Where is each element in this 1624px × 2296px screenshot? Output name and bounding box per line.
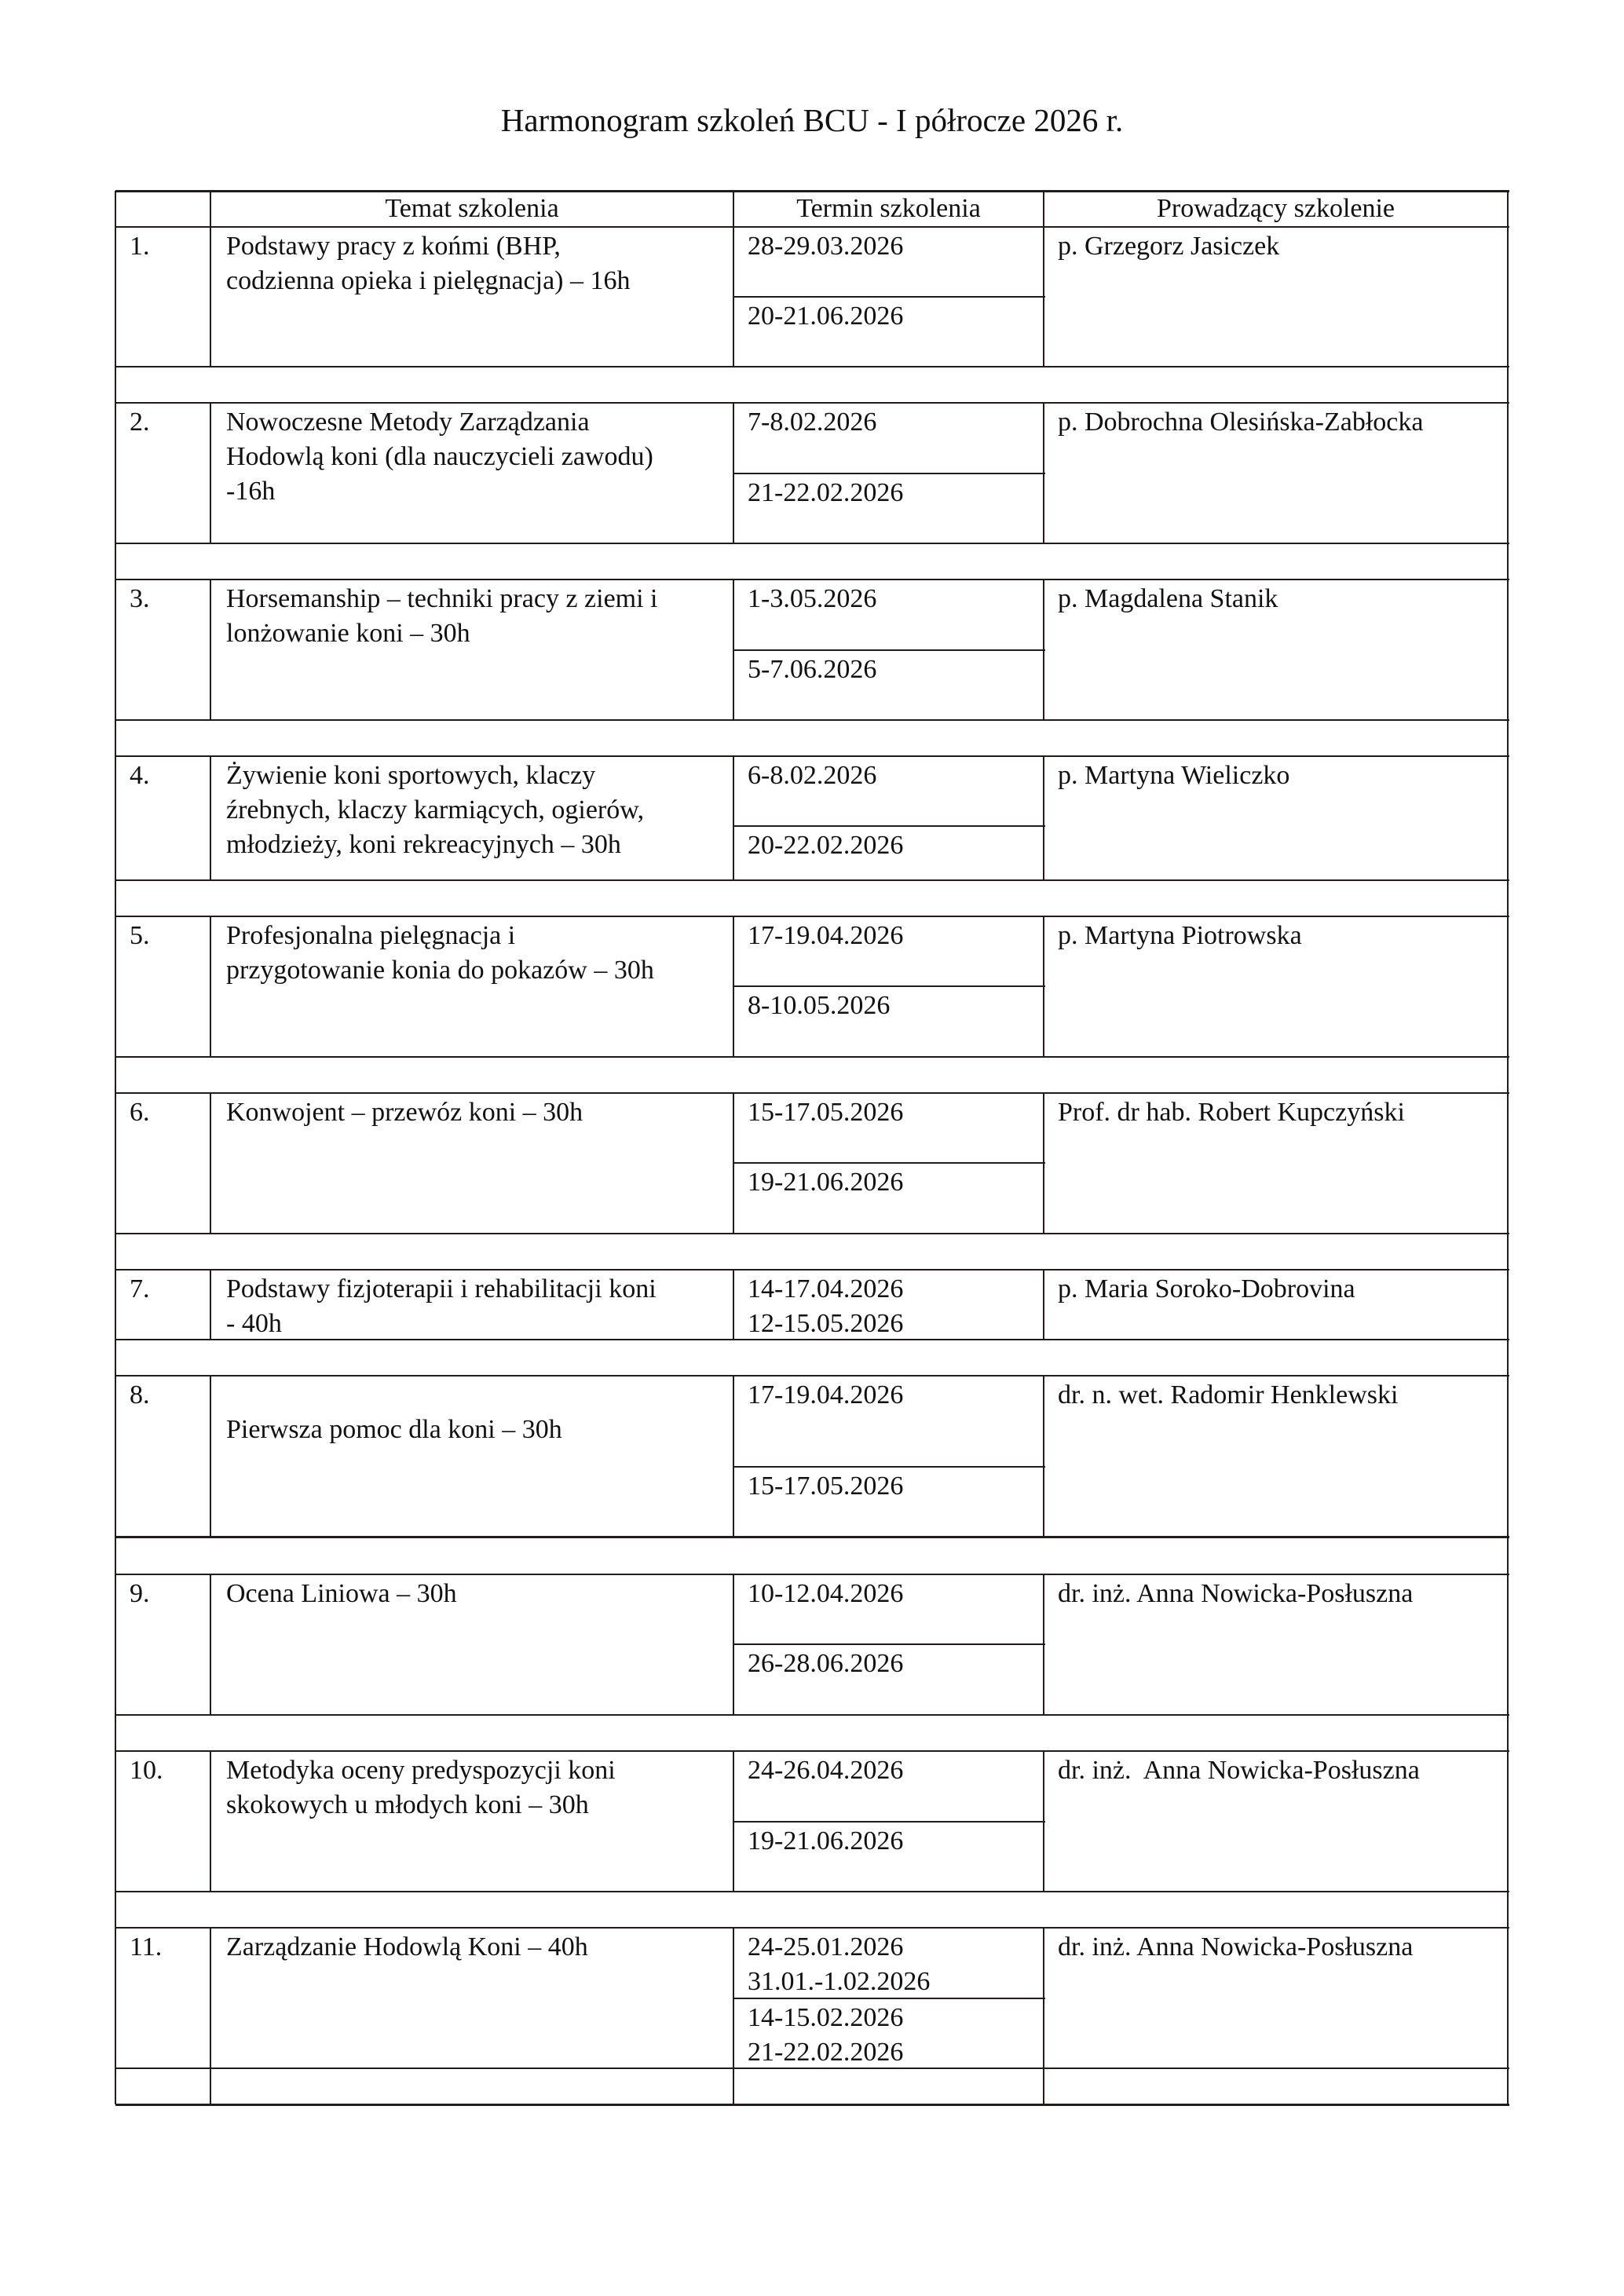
table-rule xyxy=(1507,880,1509,916)
table-rule xyxy=(210,403,211,543)
table-rule xyxy=(210,191,211,227)
table-rule xyxy=(115,403,116,543)
table-rule xyxy=(115,916,1509,917)
table-rule xyxy=(733,756,734,880)
table-rule xyxy=(733,1821,1045,1823)
row-number: 11. xyxy=(130,1930,162,1965)
training-date: 7-8.02.2026 xyxy=(748,405,876,440)
topic-text: Ocena Liniowa – 30h xyxy=(226,1577,457,1611)
table-rule xyxy=(1507,1376,1509,1537)
topic-text: Metodyka oceny predyspozycji koni xyxy=(226,1753,616,1788)
training-date: 15-17.05.2026 xyxy=(748,1095,903,1130)
table-rule xyxy=(115,879,1509,881)
topic-text: Profesjonalna pielęgnacja i xyxy=(226,919,515,953)
document-title: Harmonogram szkoleń BCU - I półrocze 202… xyxy=(0,101,1624,140)
header-trainer: Prowadzący szkolenie xyxy=(1044,192,1508,226)
table-rule xyxy=(115,191,116,227)
trainer-name: p. Maria Soroko-Dobrovina xyxy=(1058,1272,1355,1307)
training-date: 17-19.04.2026 xyxy=(748,1378,903,1413)
training-date: 31.01.-1.02.2026 xyxy=(748,1965,930,1999)
table-rule xyxy=(115,227,116,367)
table-rule xyxy=(115,1927,1509,1929)
training-date: 24-26.04.2026 xyxy=(748,1753,903,1788)
table-rule xyxy=(115,880,116,916)
table-rule xyxy=(115,1092,1509,1094)
table-rule xyxy=(210,1928,211,2068)
table-rule xyxy=(1043,1270,1044,1340)
training-date: 20-21.06.2026 xyxy=(748,299,903,334)
row-number: 1. xyxy=(130,229,150,264)
training-date: 17-19.04.2026 xyxy=(748,919,903,953)
training-date: 1-3.05.2026 xyxy=(748,582,876,616)
topic-text: przygotowanie konia do pokazów – 30h xyxy=(226,953,654,988)
trainer-name: p. Martyna Piotrowska xyxy=(1058,919,1302,953)
table-rule xyxy=(1043,756,1044,880)
table-rule xyxy=(210,916,211,1057)
table-rule xyxy=(1507,1537,1509,1574)
table-rule xyxy=(210,1270,211,1340)
table-rule xyxy=(115,2104,1509,2106)
table-rule xyxy=(1507,756,1509,880)
table-rule xyxy=(210,756,211,880)
table-rule xyxy=(733,1466,1045,1468)
topic-text: lonżowanie koni – 30h xyxy=(226,616,470,651)
row-number: 9. xyxy=(130,1577,150,1611)
row-number: 7. xyxy=(130,1272,150,1307)
table-rule xyxy=(115,719,1509,721)
trainer-name: p. Dobrochna Olesińska-Zabłocka xyxy=(1058,405,1423,440)
table-rule xyxy=(1507,1574,1509,1715)
table-rule xyxy=(115,720,116,756)
table-rule xyxy=(115,1270,116,1340)
table-rule xyxy=(1507,579,1509,720)
table-rule xyxy=(1507,916,1509,1057)
table-rule xyxy=(1507,2068,1509,2104)
table-rule xyxy=(210,1376,211,1537)
header-dates: Termin szkolenia xyxy=(733,192,1044,226)
table-rule xyxy=(115,190,1509,192)
table-rule xyxy=(1507,1057,1509,1093)
table-rule xyxy=(115,543,116,579)
table-rule xyxy=(115,1537,116,1574)
table-rule xyxy=(733,296,1045,298)
table-rule xyxy=(733,649,1045,651)
training-date: 28-29.03.2026 xyxy=(748,229,903,264)
table-rule xyxy=(733,985,1045,987)
row-number: 2. xyxy=(130,405,150,440)
table-rule xyxy=(115,402,1509,404)
table-rule xyxy=(733,1270,734,1340)
table-rule xyxy=(115,1056,1509,1058)
table-rule xyxy=(115,2068,116,2104)
table-rule xyxy=(210,1093,211,1234)
training-date: 5-7.06.2026 xyxy=(748,653,876,687)
topic-text: Pierwsza pomoc dla koni – 30h xyxy=(226,1413,562,1447)
table-rule xyxy=(1507,1928,1509,2068)
training-date: 14-15.02.2026 xyxy=(748,2001,903,2035)
table-rule xyxy=(1043,1376,1044,1537)
row-number: 3. xyxy=(130,582,150,616)
table-rule xyxy=(115,1928,116,2068)
topic-text: Zarządzanie Hodowlą Koni – 40h xyxy=(226,1930,588,1965)
topic-text: - 40h xyxy=(226,1307,282,1341)
table-rule xyxy=(115,916,116,1057)
table-rule xyxy=(115,1234,116,1270)
training-date: 20-22.02.2026 xyxy=(748,828,903,863)
training-date: 15-17.05.2026 xyxy=(748,1469,903,1504)
table-rule xyxy=(210,2068,211,2104)
training-date: 10-12.04.2026 xyxy=(748,1577,903,1611)
table-rule xyxy=(1507,403,1509,543)
table-rule xyxy=(115,1057,116,1093)
topic-text: Żywienie koni sportowych, klaczy xyxy=(226,759,595,793)
table-rule xyxy=(115,1715,116,1751)
table-rule xyxy=(1507,543,1509,579)
topic-text: Nowoczesne Metody Zarządzania xyxy=(226,405,590,440)
trainer-name: dr. inż. Anna Nowicka-Posłuszna xyxy=(1058,1577,1413,1611)
training-date: 8-10.05.2026 xyxy=(748,989,890,1023)
table-rule xyxy=(115,1892,116,1928)
table-rule xyxy=(115,756,116,880)
table-rule xyxy=(115,579,1509,580)
topic-text: Konwojent – przewóz koni – 30h xyxy=(226,1095,583,1130)
table-rule xyxy=(115,1093,116,1234)
topic-text: Hodowlą koni (dla nauczycieli zawodu) xyxy=(226,440,653,474)
table-rule xyxy=(1507,1270,1509,1340)
table-rule xyxy=(210,579,211,720)
training-date: 19-21.06.2026 xyxy=(748,1165,903,1200)
table-rule xyxy=(1507,1715,1509,1751)
table-rule xyxy=(115,1891,1509,1892)
table-rule xyxy=(1043,2068,1044,2104)
table-rule xyxy=(1507,720,1509,756)
table-rule xyxy=(1507,1892,1509,1928)
trainer-name: dr. n. wet. Radomir Henklewski xyxy=(1058,1378,1398,1413)
row-number: 8. xyxy=(130,1378,150,1413)
table-rule xyxy=(115,1750,1509,1752)
topic-text: młodzieży, koni rekreacyjnych – 30h xyxy=(226,828,621,862)
table-rule xyxy=(115,1714,1509,1716)
table-rule xyxy=(733,825,1045,827)
row-number: 10. xyxy=(130,1753,163,1788)
row-number: 6. xyxy=(130,1095,150,1130)
table-rule xyxy=(210,227,211,367)
table-rule xyxy=(115,1751,116,1892)
table-rule xyxy=(115,755,1509,757)
training-date: 6-8.02.2026 xyxy=(748,759,876,793)
topic-text: codzienna opieka i pielęgnacja) – 16h xyxy=(226,264,631,298)
table-rule xyxy=(733,2068,734,2104)
training-date: 19-21.06.2026 xyxy=(748,1824,903,1859)
table-rule xyxy=(733,1376,734,1537)
table-rule xyxy=(1507,227,1509,367)
table-rule xyxy=(115,1233,1509,1234)
training-date: 24-25.01.2026 xyxy=(748,1930,903,1965)
training-date: 26-28.06.2026 xyxy=(748,1647,903,1681)
training-date: 21-22.02.2026 xyxy=(748,476,903,510)
topic-text: Podstawy pracy z końmi (BHP, xyxy=(226,229,561,264)
topic-text: źrebnych, klaczy karmiących, ogierów, xyxy=(226,793,644,828)
table-rule xyxy=(115,1269,1509,1270)
table-rule xyxy=(1507,1093,1509,1234)
table-rule xyxy=(210,1574,211,1715)
topic-text: Podstawy fizjoterapii i rehabilitacji ko… xyxy=(226,1272,657,1307)
table-rule xyxy=(115,1340,116,1376)
trainer-name: p. Martyna Wieliczko xyxy=(1058,759,1289,793)
table-rule xyxy=(115,579,116,720)
table-rule xyxy=(733,473,1045,474)
table-rule xyxy=(115,1574,1509,1575)
trainer-name: dr. inż. Anna Nowicka-Posłuszna xyxy=(1058,1753,1420,1788)
training-date: 21-22.02.2026 xyxy=(748,2035,903,2070)
trainer-name: dr. inż. Anna Nowicka-Posłuszna xyxy=(1058,1930,1413,1965)
topic-text: Horsemanship – techniki pracy z ziemi i xyxy=(226,582,658,616)
table-rule xyxy=(1507,1340,1509,1376)
table-rule xyxy=(1043,191,1044,227)
table-rule xyxy=(115,366,1509,367)
trainer-name: Prof. dr hab. Robert Kupczyński xyxy=(1058,1095,1405,1130)
table-rule xyxy=(115,1574,116,1715)
trainer-name: p. Grzegorz Jasiczek xyxy=(1058,229,1279,264)
table-rule xyxy=(733,1643,1045,1645)
table-rule xyxy=(115,1376,116,1537)
table-rule xyxy=(115,1536,1509,1538)
table-rule xyxy=(733,191,734,227)
row-number: 5. xyxy=(130,919,150,953)
header-topic: Temat szkolenia xyxy=(210,192,733,226)
table-rule xyxy=(115,1375,1509,1377)
table-rule xyxy=(733,1162,1045,1164)
row-number: 4. xyxy=(130,759,150,793)
table-rule xyxy=(1507,1751,1509,1892)
training-date: 12-15.05.2026 xyxy=(748,1307,903,1341)
table-rule xyxy=(1507,1234,1509,1270)
topic-text: -16h xyxy=(226,474,275,509)
training-date: 14-17.04.2026 xyxy=(748,1272,903,1307)
table-rule xyxy=(210,1751,211,1892)
table-rule xyxy=(1507,191,1509,227)
table-rule xyxy=(115,543,1509,544)
topic-text: skokowych u młodych koni – 30h xyxy=(226,1788,589,1823)
trainer-name: p. Magdalena Stanik xyxy=(1058,582,1278,616)
table-rule xyxy=(1507,367,1509,403)
table-rule xyxy=(115,226,1509,228)
table-rule xyxy=(115,367,116,403)
